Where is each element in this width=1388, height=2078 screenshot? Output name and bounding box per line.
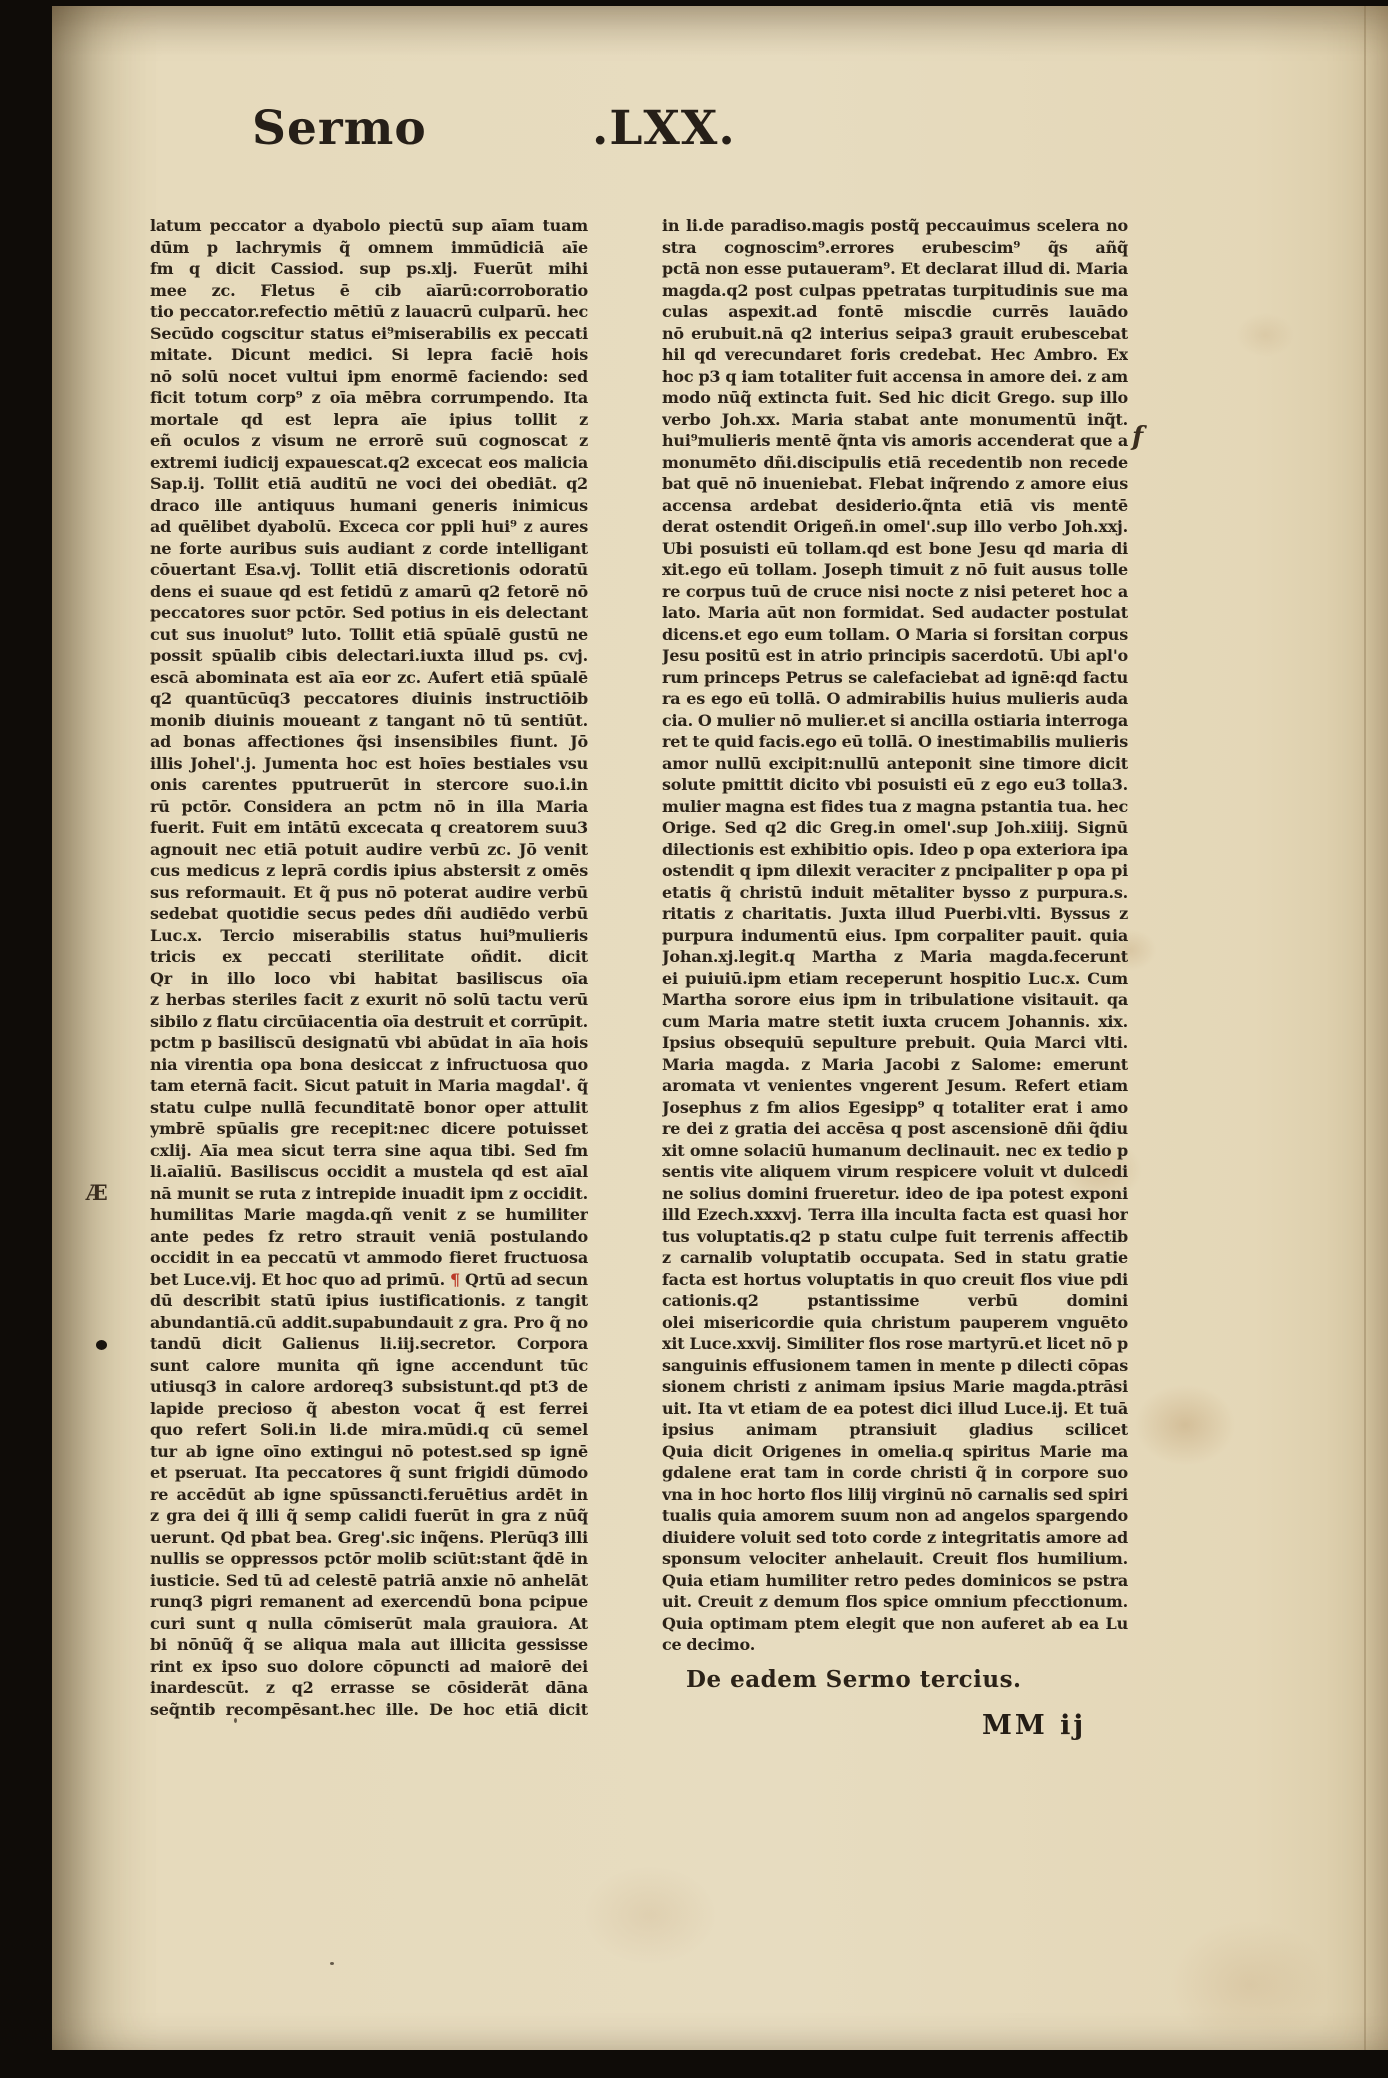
text-line: tricis ex peccati sterilitate oñdit. dic…: [150, 946, 588, 968]
text-line: amor nullū excipit:nullū anteponit sine …: [662, 753, 1128, 775]
text-line: sionem christi z animam ipsius Marie mag…: [662, 1376, 1128, 1398]
text-line: fm q dicit Cassiod. sup ps.xlj. Fuerūt m…: [150, 258, 588, 280]
text-line: ad quēlibet dyabolū. Exceca cor ppli hui…: [150, 516, 588, 538]
text-line: Ipsius obsequiū sepulture prebuit. Quia …: [662, 1032, 1128, 1054]
text-line: humilitas Marie magda.qñ venit z se humi…: [150, 1204, 588, 1226]
text-line: sentis vite aliquem virum respicere volu…: [662, 1161, 1128, 1183]
text-line: q2 quantūcūq3 peccatores diuinis instruc…: [150, 688, 588, 710]
text-line: iusticie. Sed tū ad celestē patriā anxie…: [150, 1570, 588, 1592]
text-line: cationis.q2 pstantissime verbū domini pr…: [662, 1290, 1128, 1312]
text-line: illd Ezech.xxxvj. Terra illa inculta fac…: [662, 1204, 1128, 1226]
text-line: uit. Ita vt etiam de ea potest dici illu…: [662, 1398, 1128, 1420]
text-line: stra cognoscim⁹.errores erubescim⁹ q̃s a…: [662, 237, 1128, 259]
text-line: abundantiā.cū addit.supabundauit z gra. …: [150, 1312, 588, 1334]
right-text-column: in li.de paradiso.magis postq̃ peccauimu…: [662, 215, 1128, 1656]
ink-speck: [234, 1718, 237, 1723]
text-line: gdalene erat tam in corde christi q̃ in …: [662, 1462, 1128, 1484]
text-line: bi nōnūq̃ q̃ se aliqua mala aut illicita…: [150, 1634, 588, 1656]
text-line: onis carentes pputruerūt in stercore suo…: [150, 774, 588, 796]
text-line: ne solius domini frueretur. ideo de ipa …: [662, 1183, 1128, 1205]
text-line: Martha sorore eius ipm in tribulatione v…: [662, 989, 1128, 1011]
text-line: z gra dei q̃ illi q̃ semp calidi fuerūt …: [150, 1505, 588, 1527]
text-line: xit.ego eū tollam. Joseph timuit z nō fu…: [662, 559, 1128, 581]
text-line: Jesu positū est in atrio principis sacer…: [662, 645, 1128, 667]
text-line: fuerit. Fuit em intātū excecata q creato…: [150, 817, 588, 839]
text-line: monib diuinis moueant z tangant nō tū se…: [150, 710, 588, 732]
text-line: ne forte auribus suis audiant z corde in…: [150, 538, 588, 560]
text-line: cia. O mulier nō mulier.et si ancilla os…: [662, 710, 1128, 732]
text-line: ritatis z charitatis. Juxta illud Puerbi…: [662, 903, 1128, 925]
text-line: nā munit se ruta z intrepide inuadit ipm…: [150, 1183, 588, 1205]
text-line: inardescūt. z q2 errasse se cōsiderāt dā…: [150, 1677, 588, 1699]
text-line: escā abominata est aīa eor zc. Aufert et…: [150, 667, 588, 689]
text-line: Qr in illo loco vbi habitat basiliscus o…: [150, 968, 588, 990]
text-line: vna in hoc horto flos lilij virginū nō c…: [662, 1484, 1128, 1506]
text-line: re accēdūt ab igne spūssancti.feruētius …: [150, 1484, 588, 1506]
text-line: cum Maria matre stetit iuxta crucem Joha…: [662, 1011, 1128, 1033]
text-line: mulier magna est fides tua z magna pstan…: [662, 796, 1128, 818]
text-line: sedebat quotidie secus pedes dñi audiēdo…: [150, 903, 588, 925]
text-line: mee zc. Fletus ē cib aīarū:corroboratio …: [150, 280, 588, 302]
rubricated-pilcrow: ¶: [450, 1270, 460, 1289]
text-line: extremi iudicij expauescat.q2 excecat eo…: [150, 452, 588, 474]
text-line: sunt calore munita qñ igne accendunt tūc…: [150, 1355, 588, 1377]
text-line: cus medicus z leprā cordis ipius absters…: [150, 860, 588, 882]
text-line: tio peccator.refectio mētiū z lauacrū cu…: [150, 301, 588, 323]
text-line: ymbrē spūalis gre recepit:nec dicere pot…: [150, 1118, 588, 1140]
text-line: runq3 pigri remanent ad exercendū bona p…: [150, 1591, 588, 1613]
text-line: monumēto dñi.discipulis etiā recedentib …: [662, 452, 1128, 474]
text-line: olei misericordie quia christum pauperem…: [662, 1312, 1128, 1334]
text-line: accensa ardebat desiderio.q̃nta etiā vis…: [662, 495, 1128, 517]
text-line: in li.de paradiso.magis postq̃ peccauimu…: [662, 215, 1128, 237]
text-line: z carnalib voluptatib occupata. Sed in s…: [662, 1247, 1128, 1269]
text-line: re dei z gratia dei accēsa q post ascens…: [662, 1118, 1128, 1140]
text-line: latum peccator a dyabolo piectū sup aīam…: [150, 215, 588, 237]
text-line: ce decimo.: [662, 1634, 1128, 1656]
text-line: lapide precioso q̃ abeston vocat q̃ est …: [150, 1398, 588, 1420]
text-line: utiusq3 in calore ardoreq3 subsistunt.qd…: [150, 1376, 588, 1398]
text-line: li.aīaliū. Basiliscus occidit a mustela …: [150, 1161, 588, 1183]
text-line: hil qd verecundaret foris credebat. Hec …: [662, 344, 1128, 366]
text-line: Quia dicit Origenes in omelia.q spiritus…: [662, 1441, 1128, 1463]
text-line: ei puiuiū.ipm etiam receperunt hospitio …: [662, 968, 1128, 990]
text-line: ante pedes fz retro strauit veniā postul…: [150, 1226, 588, 1248]
text-line: nō erubuit.nā q2 interius seipa3 grauit …: [662, 323, 1128, 345]
text-line: nullis se oppressos pctōr molib sciūt:st…: [150, 1548, 588, 1570]
text-line: Orige. Sed q2 dic Greg.in omel'.sup Joh.…: [662, 817, 1128, 839]
text-line: dicens.et ego eum tollam. O Maria si for…: [662, 624, 1128, 646]
text-line: statu culpe nullā fecunditatē bonor oper…: [150, 1097, 588, 1119]
text-line: dūm p lachrymis q̃ omnem immūdiciā aīe a…: [150, 237, 588, 259]
text-line: solute pmittit dicito vbi posuisti eū z …: [662, 774, 1128, 796]
text-line: mortale qd est lepra aīe ipius tollit z …: [150, 409, 588, 431]
text-line: ret te quid facis.ego eū tollā. O inesti…: [662, 731, 1128, 753]
text-line: ad bonas affectiones q̃si insensibiles f…: [150, 731, 588, 753]
text-line: aromata vt venientes vngerent Jesum. Ref…: [662, 1075, 1128, 1097]
text-line: diuidere voluit sed toto corde z integri…: [662, 1527, 1128, 1549]
marginal-mark-left: Æ: [86, 1182, 108, 1203]
text-line: rū pctōr. Considera an pctm nō in illa M…: [150, 796, 588, 818]
text-line: xit omne solaciū humanum declinauit. nec…: [662, 1140, 1128, 1162]
running-title: Sermo: [252, 105, 427, 152]
text-line: Quia etiam humiliter retro pedes dominic…: [662, 1570, 1128, 1592]
text-line: hoc p3 q iam totaliter fuit accensa in a…: [662, 366, 1128, 388]
text-line: tandū dicit Galienus li.iij.secretor. Co…: [150, 1333, 588, 1355]
text-line: Josephus z fm alios Egesipp⁹ q totaliter…: [662, 1097, 1128, 1119]
text-line: uit. Creuit z demum flos spice omnium pf…: [662, 1591, 1128, 1613]
text-line: etatis q̃ christū induit mētaliter bysso…: [662, 882, 1128, 904]
text-line: sponsum velociter anhelauit. Creuit flos…: [662, 1548, 1128, 1570]
text-line: tualis quia amorem suum non ad angelos s…: [662, 1505, 1128, 1527]
text-line: modo nūq̃ extincta fuit. Sed hic dicit G…: [662, 387, 1128, 409]
text-line: et pseruat. Ita peccatores q̃ sunt frigi…: [150, 1462, 588, 1484]
book-page-scan: Sermo .LXX. latum peccator a dyabolo pie…: [52, 6, 1388, 2050]
text-line: z herbas steriles facit z exurit nō solū…: [150, 989, 588, 1011]
text-line: lato. Maria aūt non formidat. Sed audact…: [662, 602, 1128, 624]
text-line: nia virentia opa bona desiccat z infruct…: [150, 1054, 588, 1076]
text-line: uerunt. Qd pbat bea. Greg'.sic inq̃ens. …: [150, 1527, 588, 1549]
text-line: dilectionis est exhibitio opis. Ideo p o…: [662, 839, 1128, 861]
quire-signature: MM ij: [982, 1710, 1086, 1741]
text-line: re corpus tuū de cruce nisi nocte z nisi…: [662, 581, 1128, 603]
text-line: sanguinis effusionem tamen in mente p di…: [662, 1355, 1128, 1377]
ink-dot-margin: [96, 1340, 107, 1350]
text-line: Johan.xj.legit.q Martha z Maria magda.fe…: [662, 946, 1128, 968]
text-line: Secūdo cogscitur status ei⁹miserabilis e…: [150, 323, 588, 345]
text-line: quo refert Soli.in li.de mira.mūdi.q cū …: [150, 1419, 588, 1441]
text-line: ficit totum corp⁹ z oīa mēbra corrumpend…: [150, 387, 588, 409]
text-line: pctm p basiliscū designatū vbi abūdat in…: [150, 1032, 588, 1054]
text-line: tur ab igne oīno extingui nō potest.sed …: [150, 1441, 588, 1463]
text-line: facta est hortus voluptatis in quo creui…: [662, 1269, 1128, 1291]
text-line: nō solū nocet vultui ipm enormē faciendo…: [150, 366, 588, 388]
section-rubric: De eadem Sermo tercius.: [686, 1666, 1022, 1693]
text-line: tus voluptatis.q2 p statu culpe fuit ter…: [662, 1226, 1128, 1248]
text-line: eñ oculos z visum ne errorē suū cognosca…: [150, 430, 588, 452]
text-line: dens ei suaue qd est fetidū z amarū q2 f…: [150, 581, 588, 603]
text-line: pctā non esse putaueram⁹. Et declarat il…: [662, 258, 1128, 280]
text-line: magda.q2 post culpas ppetratas turpitudi…: [662, 280, 1128, 302]
text-line: Ubi posuisti eū tollam.qd est bone Jesu …: [662, 538, 1128, 560]
text-line: Luc.x. Tercio miserabilis status hui⁹mul…: [150, 925, 588, 947]
text-line: purpura indumentū eius. Ipm corpaliter p…: [662, 925, 1128, 947]
text-line: Maria magda. z Maria Jacobi z Salome: em…: [662, 1054, 1128, 1076]
leaf-number-roman: .LXX.: [592, 105, 736, 152]
text-line: rint ex ipso suo dolore cōpuncti ad maio…: [150, 1656, 588, 1678]
text-line: sus reformauit. Et q̃ pus nō poterat aud…: [150, 882, 588, 904]
text-line: agnouit nec etiā potuit audire verbū zc.…: [150, 839, 588, 861]
text-line: tam eternā facit. Sicut patuit in Maria …: [150, 1075, 588, 1097]
left-text-column: latum peccator a dyabolo piectū sup aīam…: [150, 215, 588, 1720]
text-line: hui⁹mulieris mentē q̃nta vis amoris acce…: [662, 430, 1128, 452]
text-line: peccatores suor pctōr. Sed potius in eis…: [150, 602, 588, 624]
text-line: possit spūalib cibis delectari.iuxta ill…: [150, 645, 588, 667]
text-line: rum princeps Petrus se calefaciebat ad i…: [662, 667, 1128, 689]
text-line: draco ille antiquus humani generis inimi…: [150, 495, 588, 517]
text-line: ipsius animam ptransiuit gladius scilice…: [662, 1419, 1128, 1441]
text-line: cōuertant Esa.vj. Tollit etiā discretion…: [150, 559, 588, 581]
text-line: ra es ego eū tollā. O admirabilis huius …: [662, 688, 1128, 710]
text-line: verbo Joh.xx. Maria stabat ante monument…: [662, 409, 1128, 431]
text-line: occidit in ea peccatū vt ammodo fieret f…: [150, 1247, 588, 1269]
text-line: culas aspexit.ad fontē miscdie currēs la…: [662, 301, 1128, 323]
text-line: xit Luce.xxvij. Similiter flos rose mart…: [662, 1333, 1128, 1355]
marginal-mark-right: f: [1132, 424, 1143, 450]
text-line: mitate. Dicunt medici. Si lepra faciē ho…: [150, 344, 588, 366]
text-line: bat quē nō inueniebat. Flebat inq̃rendo …: [662, 473, 1128, 495]
text-line: illis Johel'.j. Jumenta hoc est hoīes be…: [150, 753, 588, 775]
text-line: Sap.ij. Tollit etiā auditū ne voci dei o…: [150, 473, 588, 495]
text-line: curi sunt q nulla cōmiserūt mala grauior…: [150, 1613, 588, 1635]
text-line: seq̃ntib recompēsant.hec ille. De hoc et…: [150, 1699, 588, 1721]
text-line: cut sus inuolut⁹ luto. Tollit etiā spūal…: [150, 624, 588, 646]
text-line: sibilo z flatu circūiacentia oīa destrui…: [150, 1011, 588, 1033]
text-line: Quia optimam ptem elegit que non auferet…: [662, 1613, 1128, 1635]
text-line: bet Luce.vij. Et hoc quo ad primū. ¶ Qrt…: [150, 1269, 588, 1291]
ink-speck: [330, 1962, 334, 1965]
text-line: dū describit statū ipius iustificationis…: [150, 1290, 588, 1312]
text-line: ostendit q ipm dilexit veraciter z pncip…: [662, 860, 1128, 882]
text-line: cxlij. Aīa mea sicut terra sine aqua tib…: [150, 1140, 588, 1162]
text-line: derat ostendit Origeñ.in omel'.sup illo …: [662, 516, 1128, 538]
